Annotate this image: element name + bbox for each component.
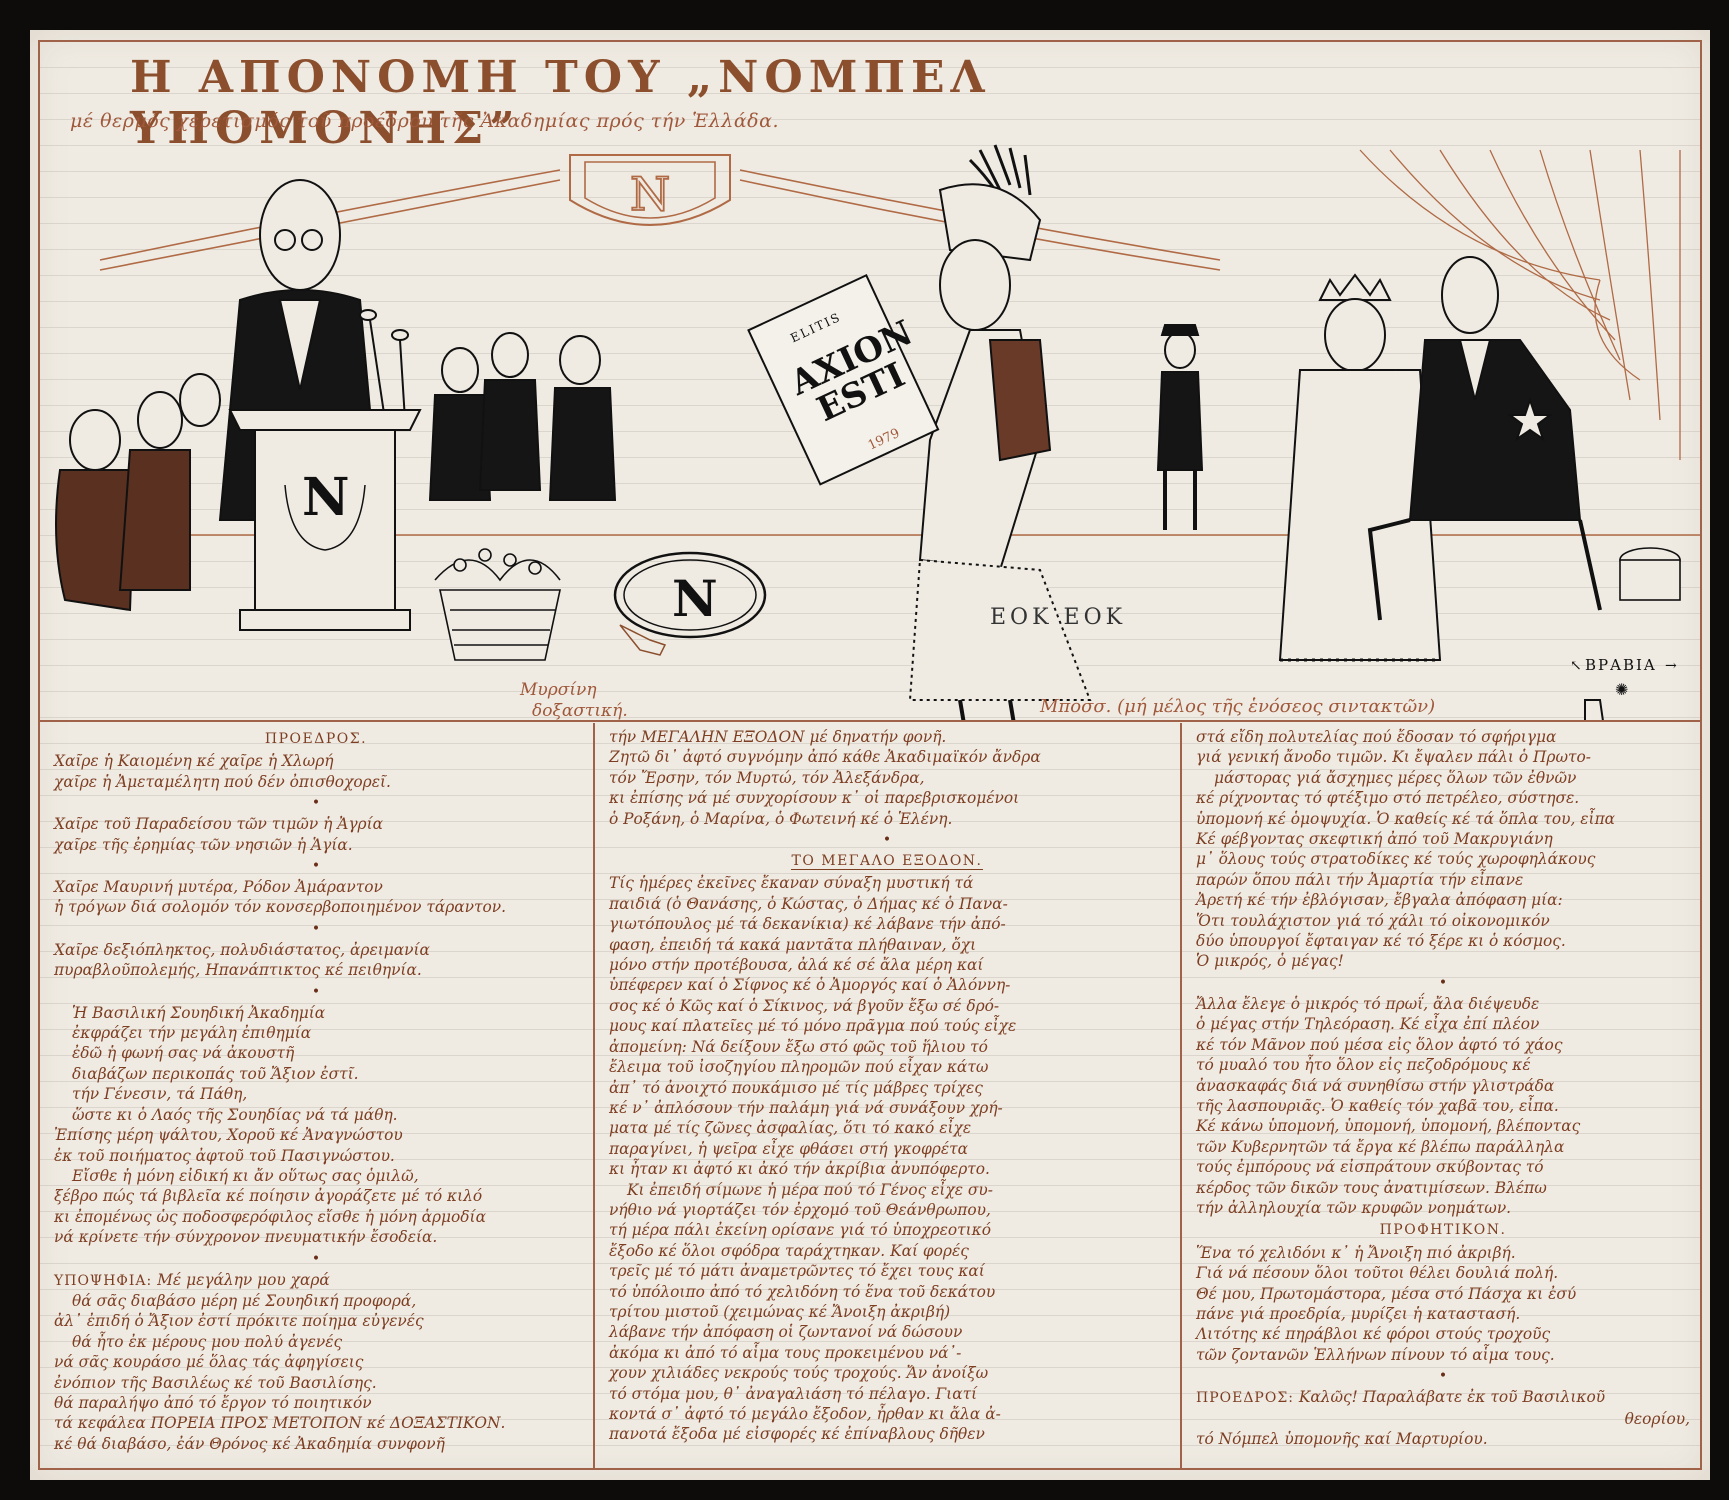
manuscript-page: Η ΑΠΟΝΟΜΗ ΤΟΥ „ΝΟΜΠΕΛ ΥΠΟΜΟΝΗΣ” μέ θερμό… <box>30 30 1710 1480</box>
arrow-left-icon: ↖ <box>1570 658 1582 674</box>
page-subtitle: μέ θερμός χερετισμός τοῦ προέδρου τῆς Ἀκ… <box>70 110 970 132</box>
bullet-dot: • <box>1196 976 1690 990</box>
prose-line: τρίτου μιστοῦ (χειμώνας κέ Ἄνοιξη ἀκριβή… <box>609 1302 1165 1322</box>
prose-line: νήθιο νά γιορτάζει τόν ἐρχομό τοῦ Θεάνθρ… <box>609 1200 1165 1220</box>
prose-line: γιωτόπουλος μέ τά δεκανίκια) κέ λάβανε τ… <box>609 914 1165 934</box>
verse-line: Καλῶς! Παραλάβατε ἐκ τοῦ Βασιλικοῦ <box>1299 1388 1605 1406</box>
bullet-dot: • <box>54 1252 578 1266</box>
seated-audience-left <box>56 374 220 610</box>
verse-line: Ἕνα τό χελιδόνι κ᾽ ἡ Ἄνοιξη πιό ἀκριβή. <box>1196 1243 1690 1263</box>
axion-esti-book: ELITIS AXION ESTI 1979 <box>748 268 952 484</box>
verse-line: ξέβρο πώς τά βιβλεῖα κέ ποίησιν ἀγοράζετ… <box>54 1186 578 1206</box>
podium: N <box>230 410 420 630</box>
flower-caption-line1: Μυρσίνη <box>519 680 597 700</box>
prose-line: χουν χιλιάδες νεκρούς τούς τροχούς. Ἄν ἀ… <box>609 1363 1165 1383</box>
verse-line: θεορίου, <box>1196 1409 1690 1429</box>
svg-text:N: N <box>302 467 350 528</box>
column-great-exodus: τήν ΜΕΓΑΛΗΝ ΕΞΟΔΟΝ μέ δηνατήν φονῆ. Ζητῶ… <box>593 723 1175 1468</box>
verse-line: τήν Γένεσιν, τά Πάθη, <box>54 1084 578 1104</box>
prose-line: σος κέ ὁ Κῶς καί ὁ Σίκινος, νά βγοῦν ἔξω… <box>609 996 1165 1016</box>
verse-line: διαβάζων περικοπάς τοῦ Ἄξιον ἐστῖ. <box>54 1064 578 1084</box>
oval-n-emblem: N <box>615 553 765 637</box>
verse-line: Χαῖρε ἡ Καιομένη κέ χαῖρε ἡ Χλωρή <box>54 751 578 771</box>
heading-president: ΠΡΟΕΔΡΟΣ. <box>54 729 578 749</box>
prose-line: φαση, ἐπειδή τά κακά μαντᾶτα πλήθαιναν, … <box>609 935 1165 955</box>
prose-line: τή μέρα πάλι ἐκείνη ορίσανε γιά τό ὑποχρ… <box>609 1220 1165 1240</box>
verse-line: κι ἐπομένως ὡς ποδοσφερόφιλος εἴσθε ἡ μό… <box>54 1207 578 1227</box>
verse-line: πυραβλοῦπολεμής, Ηπανάπτικτος κέ πειθηνί… <box>54 960 578 980</box>
flower-basket <box>435 549 560 660</box>
prose-line: μάστορας γιά ἄσχημες μέρες ὅλων τῶν ἐθνῶ… <box>1196 768 1690 788</box>
page-title: Η ΑΠΟΝΟΜΗ ΤΟΥ „ΝΟΜΠΕΛ ΥΠΟΜΟΝΗΣ” <box>130 52 1330 154</box>
verse-line: χαῖρε ἡ Ἀμεταμέλητη πού δέν ὀπισθοχορεῖ. <box>54 772 578 792</box>
prose-line: Κι ἐπειδή σίμωνε ἡ μέρα πού τό Γένος εἶχ… <box>609 1180 1165 1200</box>
prose-line: τούς ἐμπόρους νά εἰσπράτουν σκύβοντας τό <box>1196 1157 1690 1177</box>
bullet-dot: • <box>54 985 578 999</box>
prose-line: Κέ κάνω ὑπομονή, ὑπομονή, ὑπομονή, βλέπο… <box>1196 1116 1690 1136</box>
prose-line: λάβανε τήν ἀπόφαση οἱ ζωντανοί νά δώσουν <box>609 1322 1165 1342</box>
prose-line: τήν ΜΕΓΑΛΗΝ ΕΞΟΔΟΝ μέ δηνατήν φονῆ. <box>609 727 1165 747</box>
prose-line: παρών ὅπου πάλι τήν Ἀμαρτία τήν εἶπανε <box>1196 870 1690 890</box>
verse-line: κέ θά διαβάσο, ἐάν Θρόνος κέ Ἀκαδημία συ… <box>54 1434 578 1454</box>
bullet-dot: • <box>1196 1369 1690 1383</box>
prose-line: Ὅτι τουλάχιστον γιά τό χάλι τό οἰκονομικ… <box>1196 911 1690 931</box>
cartoon-illustration: N <box>40 140 1700 720</box>
prose-line: τῆς λασπουριᾶς. Ὁ καθείς τόν χαβᾶ του, ε… <box>1196 1096 1690 1116</box>
prose-line: Ὁ μικρός, ὁ μέγας! <box>1196 951 1690 971</box>
prose-line: τρεῖς μέ τό μάτι ἀναμετρῶντες τό ἔχει το… <box>609 1261 1165 1281</box>
ornament-icon: ✺ <box>1615 680 1628 699</box>
guard-figure <box>1158 325 1202 530</box>
verse-line: θά ἦτο ἐκ μέρους μου πολύ ἀγενές <box>54 1332 578 1352</box>
verse-line: Γιά νά πέσουν ὅλοι τοῦτοι θέλει δουλιά π… <box>1196 1263 1690 1283</box>
text-columns: ΠΡΟΕΔΡΟΣ. Χαῖρε ἡ Καιομένη κέ χαῖρε ἡ Χλ… <box>40 723 1700 1468</box>
verse-line: ὥστε κι ὁ Λαός τῆς Σουηδίας νά τά μάθη. <box>54 1105 578 1125</box>
verse-line: πάνε γιά προεδρία, μυρίζει ἡ καταστασή. <box>1196 1304 1690 1324</box>
prose-line: ἀνασκαφάς διά νά συνηθίσω στήν γλιστράδα <box>1196 1076 1690 1096</box>
prose-line: ὁ Ροξάνη, ὁ Μαρίνα, ὁ Φωτεινή κέ ὁ Ἑλένη… <box>609 809 1165 829</box>
column-prophetic: στά εἴδη πολυτελίας πού ἔδοσαν τό σφήριγ… <box>1180 723 1700 1468</box>
prose-line: ἔξοδο κέ ὅλοι σφόδρα ταράχτηκαν. Καί φορ… <box>609 1241 1165 1261</box>
prose-line: ματα μέ τίς ζῶνες ἀσφαλίας, ὅτι τό κακό … <box>609 1118 1165 1138</box>
verse-line: ἡ τρόγων διά σολομόν τόν κονσερβοποιημέν… <box>54 897 578 917</box>
verse-line: ἐκ τοῦ ποιήματος ἀφτοῦ τοῦ Πασιγνώστου. <box>54 1146 578 1166</box>
prose-line: ἀκόμα κι ἀπό τό αἷμα τους προκειμένου νά… <box>609 1343 1165 1363</box>
prose-line: δύο ὑπουργοί ἔφταιγαν κέ τό ξέρε κι ὁ κό… <box>1196 931 1690 951</box>
prose-line: ἔλειμα τοῦ ἰσοζηγίου πληρομῶν πού εἶχαν … <box>609 1057 1165 1077</box>
verse-line: Χαῖρε τοῦ Παραδείσου τῶν τιμῶν ἡ Ἀγρία <box>54 814 578 834</box>
verse-line: ἐκφράζει τήν μεγάλη ἐπιθημία <box>54 1023 578 1043</box>
prose-line: Τίς ἡμέρες ἐκεῖνες ἔκαναν σύναξη μυστική… <box>609 873 1165 893</box>
verse-line: ἐνόπιον τῆς Βασιλέως κέ τοῦ Βασιλίσης. <box>54 1373 578 1393</box>
verse-line: Εἴσθε ἡ μόνη εἰδική κι ἄν οὕτως σας ὁμιλ… <box>54 1166 578 1186</box>
verse-line: τό Νόμπελ ὑπομονῆς καί Μαρτυρίου. <box>1196 1429 1690 1449</box>
bullet-dot: • <box>54 859 578 873</box>
verse-line: χαῖρε τῆς ἐρημίας τῶν νησιῶν ἡ Ἁγία. <box>54 835 578 855</box>
flower-caption-line2: δοξαστική. <box>532 701 628 720</box>
prose-line: Ἄλλα ἔλεγε ὁ μικρός τό πρωΐ, ἄλα διέψευδ… <box>1196 994 1690 1014</box>
verse-line: θά παραλήψο ἀπό τό ἔργον τό ποιητικόν <box>54 1393 578 1413</box>
heading-great-exodus: ΤΟ ΜΕΓΑΛΟ ΕΞΟΔΟΝ. <box>609 851 1165 871</box>
prose-line: Ἀρετή κέ τήν ἐβλόγισαν, ἔβγαλα ἀπόφαση μ… <box>1196 890 1690 910</box>
prose-line: ὑπομονή κέ ὁμοψυχία. Ὁ καθείς κέ τά ὅπλα… <box>1196 809 1690 829</box>
bullet-dot: • <box>54 796 578 810</box>
dress-text: EOK EOK <box>990 605 1126 630</box>
verse-line: τά κεφάλεα ΠΟΡΕΙΑ ΠΡΟΣ ΜΕΤΟΠΟΝ κέ ΔΟΞΑΣΤ… <box>54 1413 578 1433</box>
verse-line: Ἐπίσης μέρη ψάλτου, Χοροῦ κέ Ἀναγνώστου <box>54 1125 578 1145</box>
prose-line: κέ ρίχνοντας τό φτέξιμο στό πετρέλεο, σύ… <box>1196 788 1690 808</box>
verse-line: Θέ μου, Πρωτομάστορα, μέσα στό Πάσχα κι … <box>1196 1284 1690 1304</box>
verse-line: ἐδῶ ἡ φωνή σας νά ἀκουστῆ <box>54 1043 578 1063</box>
prose-line: πανοτά ἔξοδα μέ εἰσφορές κέ ἐπίναβλους δ… <box>609 1424 1165 1444</box>
prose-line: τόν Ἔρσην, τόν Μυρτώ, τόν Ἀλεξάνδρα, <box>609 768 1165 788</box>
prose-line: τό ὑπόλοιπο ἀπό τό χελιδόνη τό ἕνα τοῦ δ… <box>609 1282 1165 1302</box>
verse-line: Χαῖρε δεξιόπληκτος, πολυδιάστατος, ἀρειμ… <box>54 940 578 960</box>
verse-line: Λιτότης κέ πηράβλοι κέ φόροι στούς τροχο… <box>1196 1324 1690 1344</box>
prose-line: κέ τόν Μᾶνον πού μέσα εἰς ὅλον ἀφτό τό χ… <box>1196 1035 1690 1055</box>
prose-line: μ᾽ ὅλους τούς στρατοδίκες κέ τούς χωροφη… <box>1196 849 1690 869</box>
verse-line: νά σᾶς κουράσο μέ ὅλας τάς ἀφηγίσεις <box>54 1352 578 1372</box>
seated-academicians <box>430 333 615 500</box>
prose-line: μους καί πλατεῖες μέ τό μόνο πρᾶγμα πού … <box>609 1016 1165 1036</box>
svg-text:N: N <box>672 569 718 628</box>
prose-line: τό μυαλό του ἦτο ὅλον εἰς πεζοδρόμους κέ <box>1196 1055 1690 1075</box>
prose-line: ἀπομείνη: Νά δείξουν ἔξω στό φῶς τοῦ ἥλι… <box>609 1037 1165 1057</box>
prose-line: κι ἐπίσης νά μέ συνχορίσουν κ᾽ οἱ παρεβρ… <box>609 788 1165 808</box>
awards-label: ΒΡΑΒΙΑ <box>1585 656 1657 674</box>
verse-line: νά κρίνετε τήν σύνχρονον πνευματικήν ἔσο… <box>54 1227 578 1247</box>
prose-line: παραγίνει, ἡ ψεῖρα εἶχε φθάσει στή γκοφρ… <box>609 1139 1165 1159</box>
prose-line: τῶν Κυβερνητῶν τά ἔργα κέ βλέπω παράλληλ… <box>1196 1137 1690 1157</box>
prose-line: στά εἴδη πολυτελίας πού ἔδοσαν τό σφήριγ… <box>1196 727 1690 747</box>
heading-prophetic: ΠΡΟΦΗΤΙΚΟΝ. <box>1196 1220 1690 1240</box>
section-divider <box>40 720 1700 722</box>
prose-line: παιδιά (ὁ Θανάσης, ὁ Κώστας, ὁ Δήμας κέ … <box>609 894 1165 914</box>
prose-line: ὑπέφερεν καί ὁ Σίφνος κέ ὁ Ἀμοργός καί ὁ… <box>609 975 1165 995</box>
verse-line: θά σᾶς διαβάσο μέρη μέ Σουηδική προφορά, <box>54 1291 578 1311</box>
prose-line: Κέ φέβγοντας σκεφτική ἀπό τοῦ Μακρυγιάνη <box>1196 829 1690 849</box>
prose-line: γιά γενική ἄνοδο τιμῶν. Κι ἔψαλεν πάλι ὁ… <box>1196 747 1690 767</box>
awards-pile <box>1620 548 1680 600</box>
prose-line: τό στόμα μου, θ᾽ ἀναγαλιάση τό πέλαγο. Γ… <box>609 1384 1165 1404</box>
verse-line: ἀλ᾽ ἐπιδή ὁ Ἄξιον ἐστί πρόκιτε ποίημα εὐ… <box>54 1311 578 1331</box>
pointing-hand <box>620 625 665 655</box>
prose-line: μόνο στήν προτέβουσα, ἀλά κέ σέ ἄλα μέρη… <box>609 955 1165 975</box>
prose-line: ὁ μέγας στήν Τηλεόραση. Κέ εἶχα ἐπί πλέο… <box>1196 1014 1690 1034</box>
artist-signature: Μποσσ. (μή μέλος τῆς ἑνόσεος σιντακτῶν) <box>1039 696 1435 717</box>
arrow-right-icon: → <box>1665 658 1677 674</box>
prose-line: τήν ἀλληλουχία τῶν κρυφῶν νοημάτων. <box>1196 1198 1690 1218</box>
bullet-dot: • <box>54 922 578 936</box>
column-president-speech: ΠΡΟΕΔΡΟΣ. Χαῖρε ἡ Καιομένη κέ χαῖρε ἡ Χλ… <box>40 723 588 1468</box>
cartoon-drawing: N <box>40 140 1700 720</box>
svg-text:N: N <box>630 167 670 221</box>
prose-line: ἀπ᾽ τό ἀνοιχτό πουκάμισο μέ τίς μάβρες τ… <box>609 1078 1165 1098</box>
verse-line: τῶν ζοντανῶν Ἑλλήνων πίνουν τό αἷμα τους… <box>1196 1345 1690 1365</box>
prose-line: κι ἦταν κι ἀφτό κι ἀκό τήν ἀκρίβια ἀνυπό… <box>609 1159 1165 1179</box>
prose-line: κέ ν᾽ ἀπλόσουν τήν παλάμη γιά νά συνάξου… <box>609 1098 1165 1118</box>
verse-line: Ἡ Βασιλική Σουηδική Ἀκαδημία <box>54 1003 578 1023</box>
prose-line: Ζητῶ δι᾽ ἀφτό συγνόμην ἀπό κάθε Ἀκαδιμαϊ… <box>609 747 1165 767</box>
foot-drawing <box>1580 700 1605 720</box>
president-label: ΠΡΟΕΔΡΟΣ: <box>1196 1390 1294 1406</box>
verse-line: Μέ μεγάλην μου χαρά <box>157 1271 330 1289</box>
verse-line: Χαῖρε Μαυρινή μυτέρα, Ρόδον Ἀμάραντον <box>54 877 578 897</box>
candidate-label: ΥΠΟΨΗΦΙΑ: <box>54 1273 152 1289</box>
prose-line: κοντά σ᾽ ἀφτό τό μεγάλο ἔξοδον, ἦρθαν κι… <box>609 1404 1165 1424</box>
greece-allegory-figure <box>910 145 1090 720</box>
prose-line: κέρδος τῶν δικῶν τους ἀνατιμίσεων. Βλέπω <box>1196 1178 1690 1198</box>
bullet-dot: • <box>609 833 1165 847</box>
